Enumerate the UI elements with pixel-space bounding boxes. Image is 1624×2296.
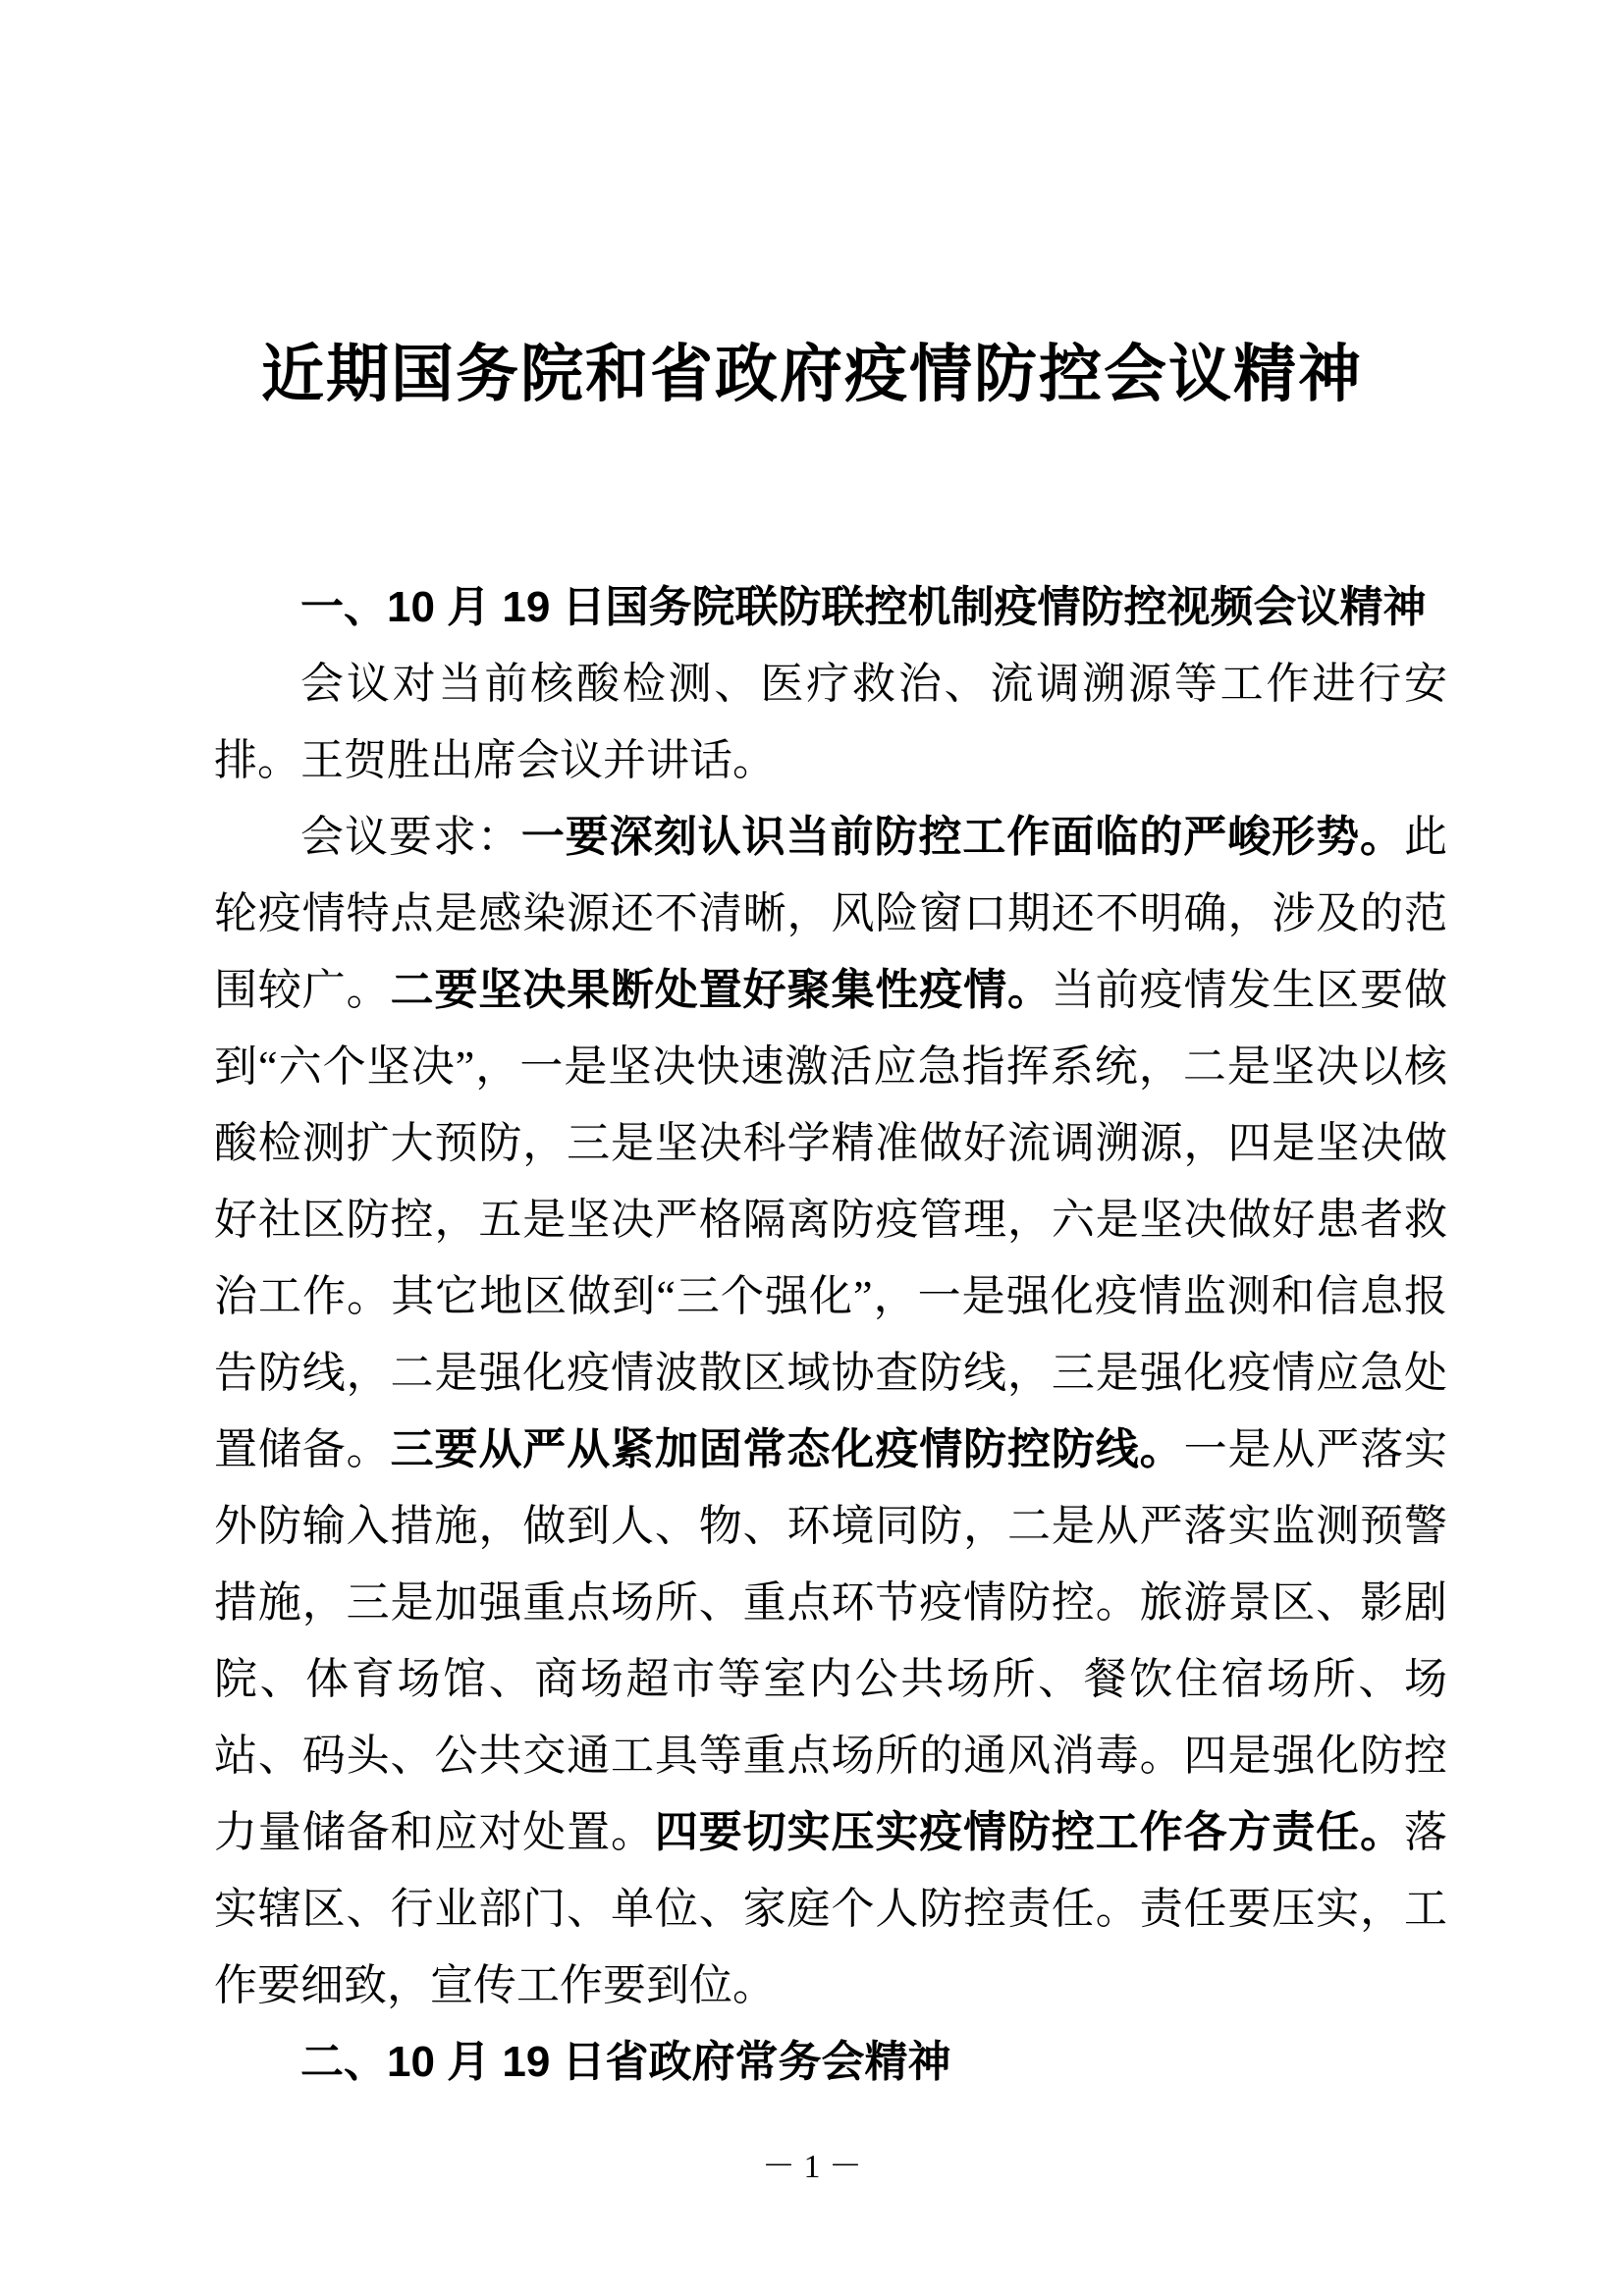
body-text: 一是从严落实外防输入措施，做到人、物、环境同防，二是从严落实监测预警措施，三是加… (214, 1425, 1447, 1856)
document-title: 近期国务院和省政府疫情防控会议精神 (0, 0, 1624, 424)
body-text: 会议要求： (300, 813, 521, 861)
emphasis-text: 二要坚决果断处置好聚集性疫情。 (391, 966, 1052, 1014)
body-text: 当前疫情发生区要做到“六个坚决”，一是坚决快速激活应急指挥系统，二是坚决以核酸检… (214, 966, 1447, 1473)
emphasis-text: 三要从严从紧加固常态化疫情防控防线。 (391, 1425, 1184, 1473)
page-number: － 1 － (762, 2149, 862, 2185)
body-paragraph: 会议对当前核酸检测、医疗救治、流调溯源等工作进行安排。王贺胜出席会议并讲话。 (214, 646, 1447, 799)
body-text: 会议对当前核酸检测、医疗救治、流调溯源等工作进行安排。王贺胜出席会议并讲话。 (214, 660, 1447, 784)
section-heading: 二、10 月 19 日省政府常务会精神 (214, 2024, 1447, 2101)
page-footer: － 1 － (0, 2148, 1624, 2187)
document-body: 一、10 月 19 日国务院联防联控机制疫情防控视频会议精神会议对当前核酸检测、… (214, 569, 1447, 2101)
emphasis-text: 一要深刻认识当前防控工作面临的严峻形势。 (521, 813, 1404, 861)
body-paragraph: 会议要求：一要深刻认识当前防控工作面临的严峻形势。此轮疫情特点是感染源还不清晰，… (214, 799, 1447, 2024)
document-page: 近期国务院和省政府疫情防控会议精神 一、10 月 19 日国务院联防联控机制疫情… (0, 0, 1624, 2296)
emphasis-text: 四要切实压实疫情防控工作各方责任。 (655, 1808, 1404, 1856)
section-heading: 一、10 月 19 日国务院联防联控机制疫情防控视频会议精神 (214, 569, 1447, 646)
